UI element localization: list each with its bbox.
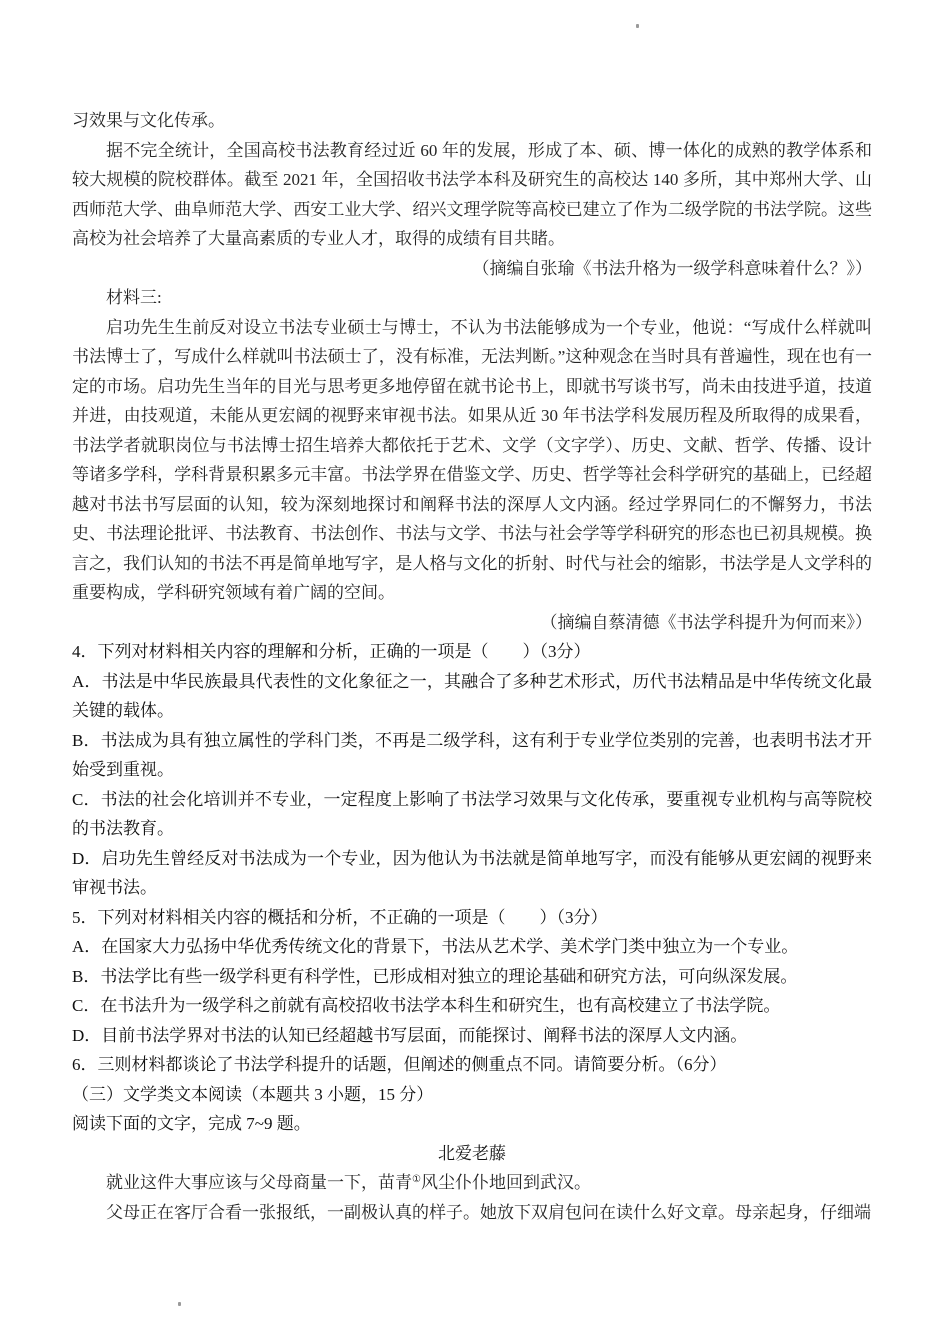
material3-paragraph: 启功先生生前反对设立书法专业硕士与博士，不认为书法能够成为一个专业，他说：“写成…	[72, 313, 872, 608]
document-body: 习效果与文化传承。据不完全统计，全国高校书法教育经过近 60 年的发展，形成了本…	[72, 106, 872, 1227]
material3-source-citation: （摘编自蔡清德《书法学科提升为何而来》）	[72, 608, 872, 638]
question-4-stem: 4．下列对材料相关内容的理解和分析，正确的一项是（ ）（3分）	[72, 637, 872, 667]
story-title: 北爱老藤	[72, 1139, 872, 1169]
question-5-option-b: B．书法学比有些一级学科更有科学性，已形成相对独立的理论基础和研究方法，可向纵深…	[72, 962, 872, 992]
story-paragraph-2: 父母正在客厅合看一张报纸，一副极认真的样子。她放下双肩包问在读什么好文章。母亲起…	[72, 1198, 872, 1228]
question-5-option-d: D．目前书法学界对书法的认知已经超越书写层面，而能探讨、阐释书法的深厚人文内涵。	[72, 1021, 872, 1051]
material3-label: 材料三:	[72, 283, 872, 313]
top-page-speck	[636, 24, 639, 28]
question-4-option-a: A．书法是中华民族最具代表性的文化象征之一，其融合了多种艺术形式，历代书法精品是…	[72, 667, 872, 726]
question-4-option-c: C．书法的社会化培训并不专业，一定程度上影响了书法学习效果与文化传承，要重视专业…	[72, 785, 872, 844]
section-3-heading: （三）文学类文本阅读（本题共 3 小题，15 分）	[72, 1080, 872, 1110]
question-5-option-a: A．在国家大力弘扬中华优秀传统文化的背景下，书法从艺术学、美术学门类中独立为一个…	[72, 932, 872, 962]
question-4-option-d: D．启功先生曾经反对书法成为一个专业，因为他认为书法就是简单地写字，而没有能够从…	[72, 844, 872, 903]
material2-source-citation: （摘编自张瑜《书法升格为一级学科意味着什么？》）	[72, 254, 872, 284]
question-4-option-b: B．书法成为具有独立属性的学科门类，不再是二级学科，这有利于专业学位类别的完善，…	[72, 726, 872, 785]
story-paragraph-1: 就业这件大事应该与父母商量一下，苗青①风尘仆仆地回到武汉。	[72, 1168, 872, 1198]
page: { "page": { "background": "#ffffff", "te…	[0, 0, 950, 1344]
footnote-marker: ①	[412, 1174, 421, 1185]
question-6-stem: 6．三则材料都谈论了书法学科提升的话题，但阐述的侧重点不同。请简要分析。（6分）	[72, 1050, 872, 1080]
question-5-stem: 5．下列对材料相关内容的概括和分析，不正确的一项是（ ）（3分）	[72, 903, 872, 933]
material2-paragraph: 据不完全统计，全国高校书法教育经过近 60 年的发展，形成了本、硕、博一体化的成…	[72, 136, 872, 254]
bottom-page-speck	[178, 1302, 181, 1306]
question-5-option-c: C．在书法升为一级学科之前就有高校招收书法学本科生和研究生，也有高校建立了书法学…	[72, 991, 872, 1021]
passage-continuation-line: 习效果与文化传承。	[72, 106, 872, 136]
reading-instruction: 阅读下面的文字，完成 7~9 题。	[72, 1109, 872, 1139]
